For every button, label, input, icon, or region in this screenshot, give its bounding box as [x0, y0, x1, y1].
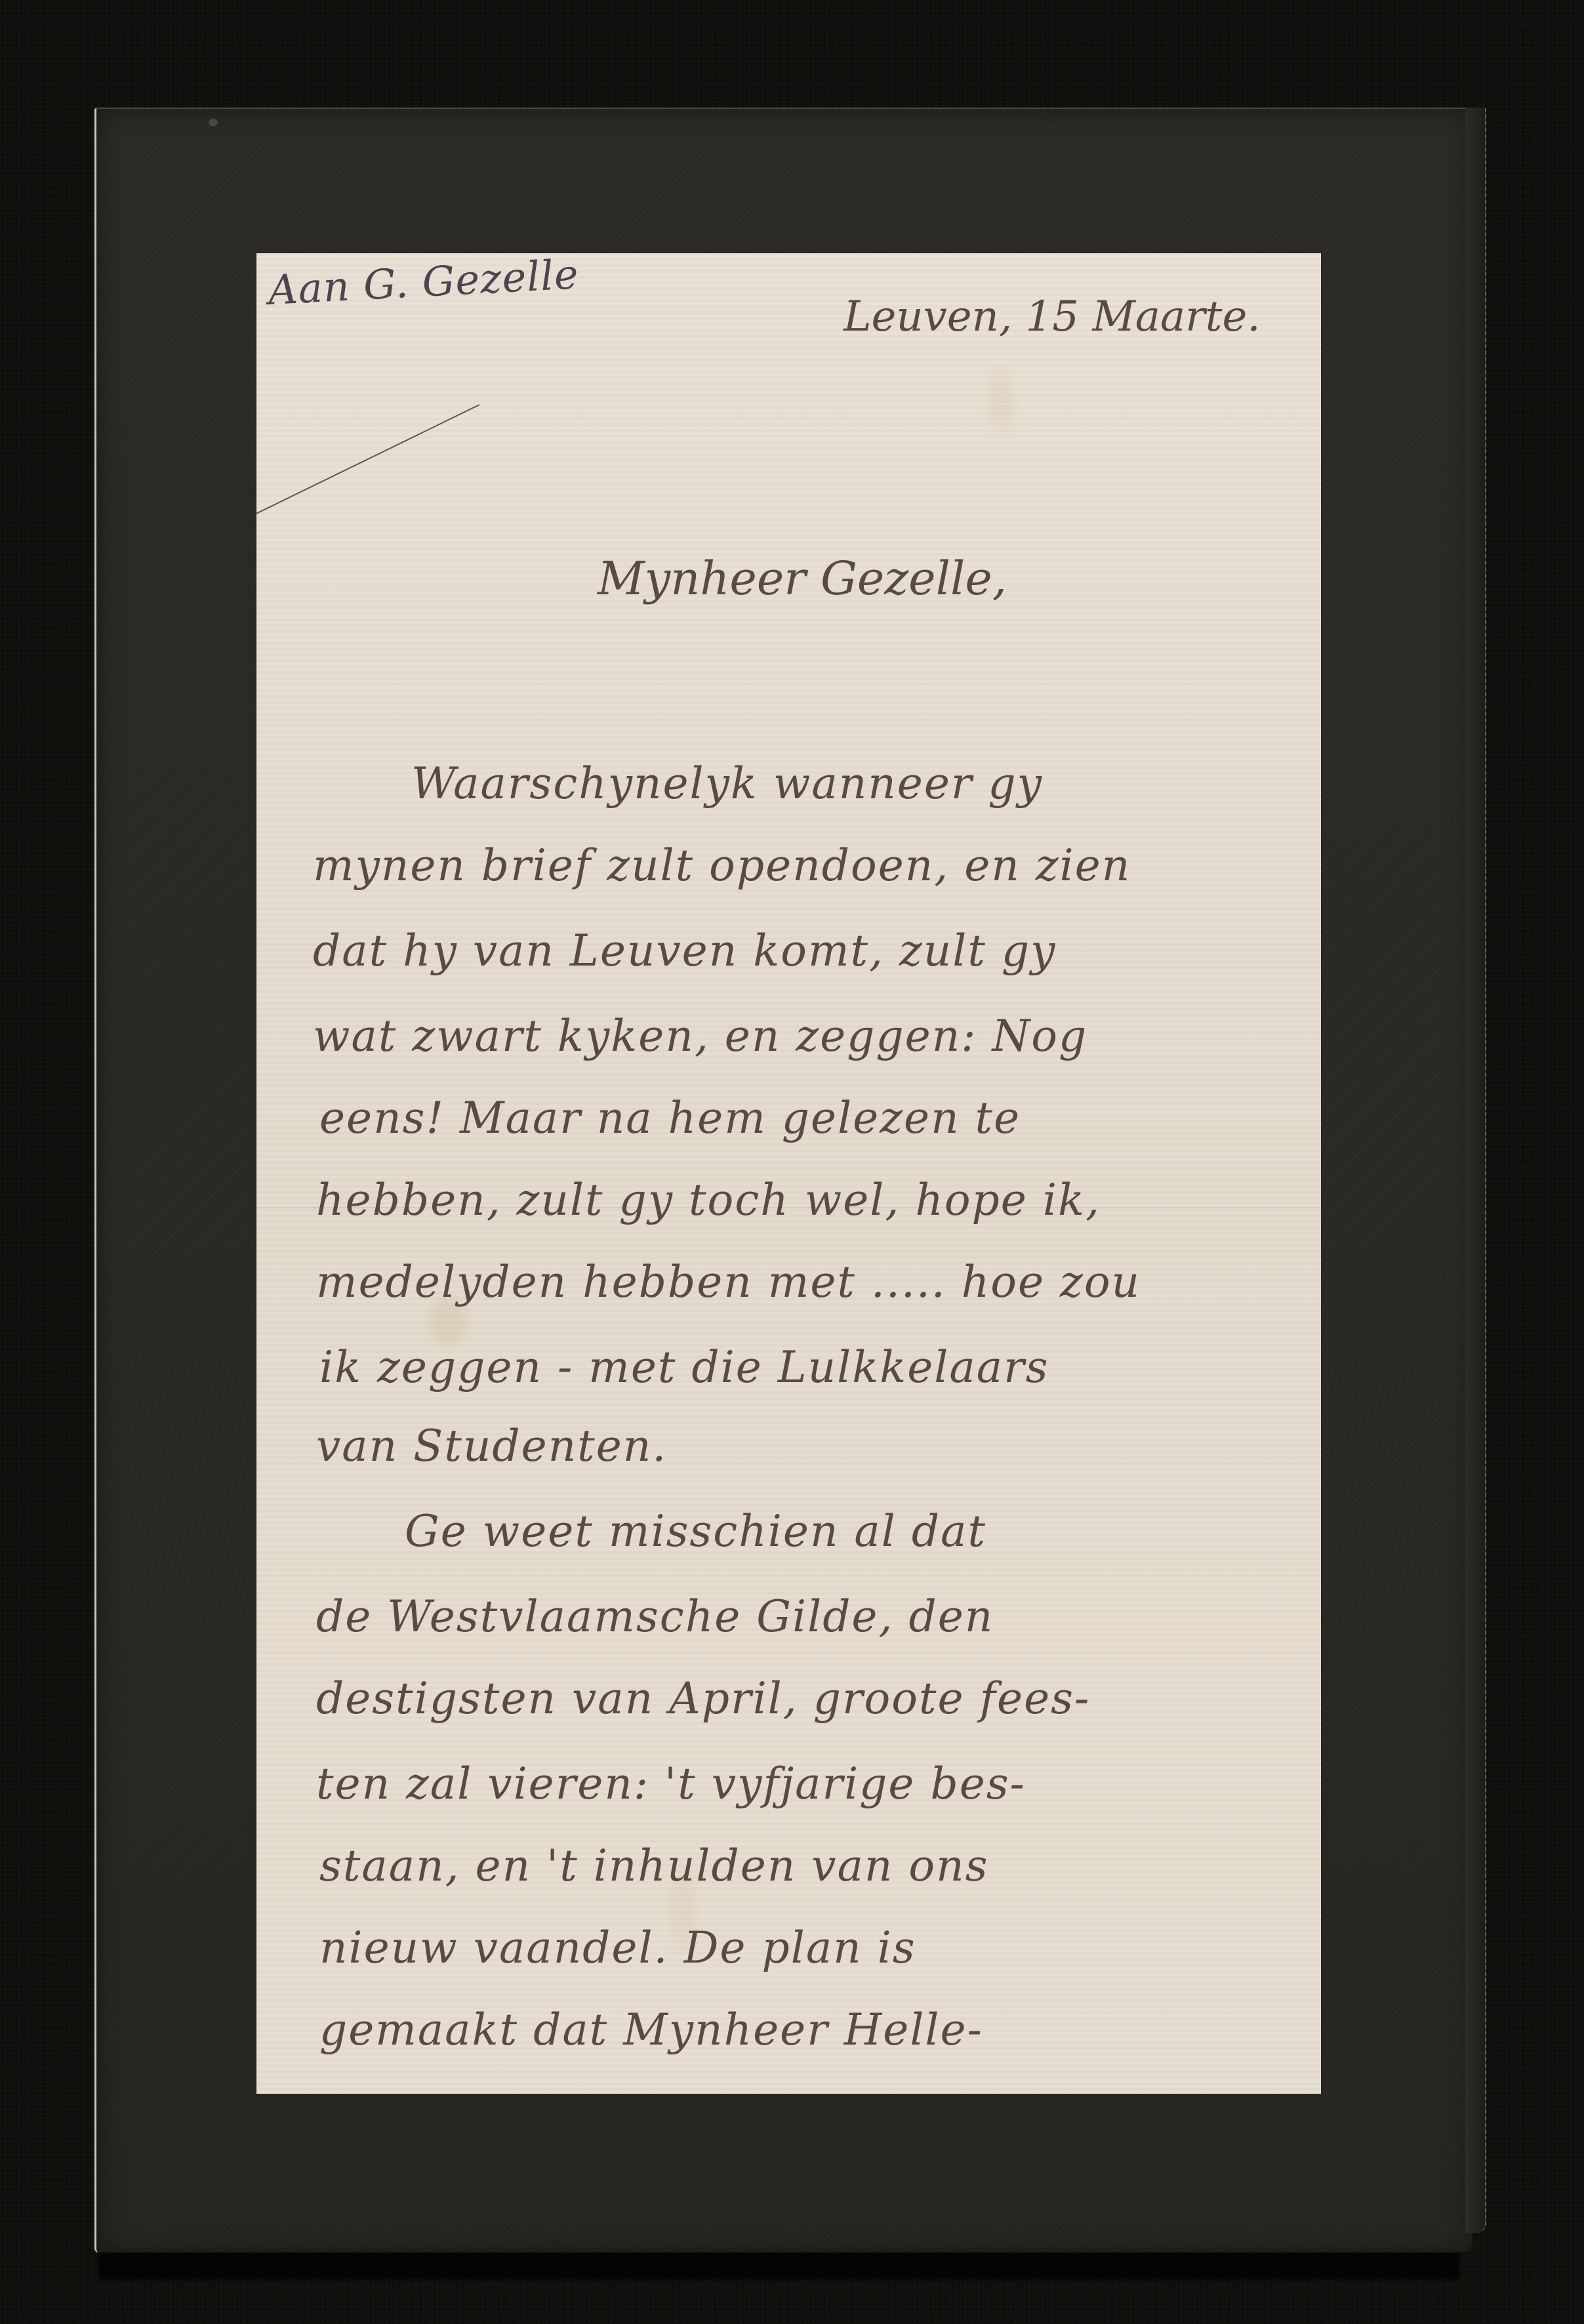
body-line: mynen brief zult opendoen, en zien — [313, 840, 1131, 891]
body-line: de Westvlaamsche Gilde, den — [316, 1591, 994, 1642]
body-line: medelyden hebben met ..... hoe zou — [316, 1257, 1141, 1307]
body-line: van Studenten. — [316, 1421, 667, 1471]
mount-folded-edge — [1465, 108, 1486, 2233]
body-line: wat zwart kyken, en zeggen: Nog — [313, 1011, 1087, 1061]
body-line: ten zal vieren: 't vyfjarige bes- — [316, 1759, 1026, 1809]
body-line: Ge weet misschien al dat — [405, 1506, 986, 1557]
body-line: ik zeggen - met die Lulkkelaars — [319, 1342, 1049, 1393]
mount-pin — [209, 119, 218, 127]
dateline: Leuven, 15 Maarte. — [843, 293, 1261, 341]
body-line: dat hy van Leuven komt, zult gy — [313, 926, 1056, 976]
body-line: hebben, zult gy toch wel, hope ik, — [316, 1175, 1101, 1225]
body-line: Waarschynelyk wanneer gy — [411, 758, 1043, 809]
body-line: eens! Maar na hem gelezen te — [319, 1093, 1021, 1143]
recipient-annotation: Aan G. Gezelle — [267, 250, 580, 314]
letter-sheet: Aan G. Gezelle Leuven, 15 Maarte. Mynhee… — [256, 253, 1321, 2094]
annotation-stroke — [255, 404, 479, 514]
body-line: staan, en 't inhulden van ons — [319, 1841, 989, 1891]
body-line: gemaakt dat Mynheer Helle- — [319, 2005, 983, 2055]
body-line: destigsten van April, groote fees- — [316, 1673, 1090, 1724]
salutation: Mynheer Gezelle, — [598, 552, 1007, 605]
body-line: nieuw vaandel. De plan is — [319, 1923, 916, 1973]
